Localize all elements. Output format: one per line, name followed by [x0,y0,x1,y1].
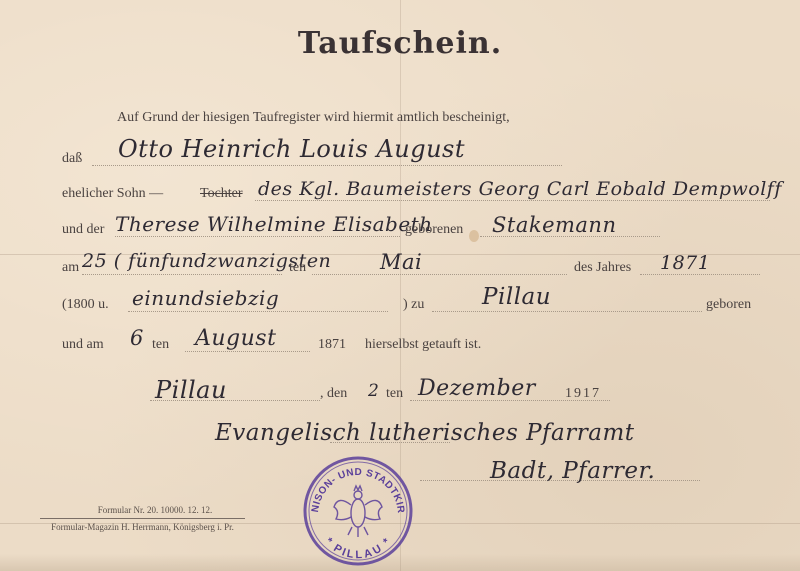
issue-place-field: Pillau [155,376,227,404]
label-geboren: geboren [706,297,751,313]
baptism-day-field: 6 [130,326,144,350]
label-zu: ) zu [403,297,424,313]
label-dass: daß [62,151,82,167]
child-name-field: Otto Heinrich Louis August [118,135,465,163]
intro-text: Auf Grund der hiesigen Taufregister wird… [117,110,510,126]
label-hierselbst: hierselbst getauft ist. [365,337,481,353]
paper-stain [469,230,479,242]
dotted-line [312,274,567,275]
dotted-line [82,274,282,275]
father-field: des Kgl. Baumeisters Georg Carl Eobald D… [258,178,782,200]
label-und-der: und der [62,222,104,238]
dotted-line [640,274,760,275]
label-1800: (1800 u. [62,297,109,313]
label-den: , den [320,386,347,402]
footer-divider [40,518,245,519]
maiden-name-field: Stakemann [492,213,616,237]
mother-name-field: Therese Wilhelmine Elisabeth [115,212,433,236]
birth-place-field: Pillau [482,284,551,310]
issue-day-field: 2 [368,381,379,401]
svg-text:GARNISON- UND STADTKIRCHE: GARNISON- UND STADTKIRCHE [302,455,406,514]
dotted-line [432,311,702,312]
document-title: Taufschein. [0,26,800,61]
dotted-line [255,200,770,201]
dotted-line [115,236,400,237]
label-son: ehelicher Sohn — [62,186,163,202]
dotted-line [92,165,562,166]
label-daughter-struck: Tochter [200,186,243,202]
church-seal-stamp: GARNISON- UND STADTKIRCHE * PILLAU * [302,455,414,567]
birth-month-field: Mai [380,250,422,274]
label-ten: ten [289,260,306,276]
baptism-month-field: August [195,326,276,351]
birth-year-words-field: einundsiebzig [132,286,279,310]
dotted-line [185,351,310,352]
signature: Badt, Pfarrer. [490,458,655,484]
issue-month-field: Dezember [418,376,536,401]
label-am: am [62,260,79,276]
issue-year-text: 1917 [565,386,601,402]
birth-year-field: 1871 [660,252,710,274]
label-geborenen: geborenen [405,222,463,238]
baptism-year-text: 1871 [318,337,346,353]
label-und-am: und am [62,337,104,353]
label-ten: ten [152,337,169,353]
form-number-text: Formular Nr. 20. 10000. 12. 12. [70,505,240,515]
publisher-text: Formular-Magazin H. Herrmann, Königsberg… [30,522,255,532]
label-ten: ten [386,386,403,402]
dotted-line [128,311,388,312]
dotted-line [330,442,450,443]
eagle-emblem-icon [334,486,382,537]
label-des-jahres: des Jahres [574,260,631,276]
